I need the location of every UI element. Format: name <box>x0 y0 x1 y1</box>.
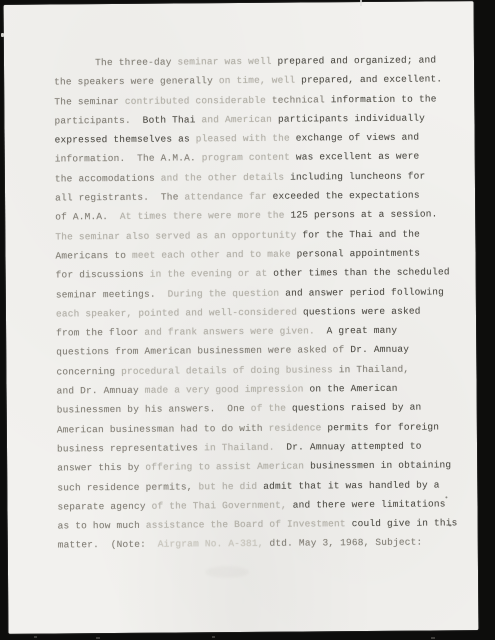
text-segment: other times than the scheduled <box>273 267 450 279</box>
text-segment: on the American <box>309 383 397 395</box>
text-segment: information to the <box>331 93 437 105</box>
text-segment: participants individually <box>278 112 425 124</box>
text-segment: meet each other and to make <box>132 249 297 261</box>
text-segment: including luncheons for <box>290 170 425 182</box>
text-segment: separate agency <box>57 501 151 513</box>
text-line: for discussions in the evening or at oth… <box>56 263 456 285</box>
text-segment: matter. (Note: <box>58 539 158 551</box>
text-segment: on time, well <box>219 75 301 87</box>
text-segment: and answer period following <box>285 286 444 298</box>
text-segment: procedural details of doing business <box>121 364 339 377</box>
text-segment: each speaker, pointed and well-considere… <box>56 306 303 319</box>
text-segment: The seminar also served as an opportunit… <box>55 229 302 242</box>
text-segment: made a very good impression <box>145 384 310 396</box>
text-segment: of A.M.A. <box>55 211 120 223</box>
text-segment: questions were asked <box>303 305 421 317</box>
text-segment: such residence permits, <box>57 481 198 493</box>
text-segment: the accomodations <box>55 172 161 184</box>
text-segment: Dr. Amnuay <box>350 344 409 355</box>
text-segment: from the floor <box>56 327 144 339</box>
text-segment: Dr. Amnuay attempted to <box>286 441 421 453</box>
text-segment: prepared and organized; and <box>277 54 436 66</box>
text-segment: in the evening or at <box>150 268 274 280</box>
text-segment: questions from American businessmen were… <box>56 345 350 358</box>
scan-speck <box>34 636 37 638</box>
text-line: answer this by offering to assist Americ… <box>57 456 457 478</box>
scan-speck <box>445 496 447 498</box>
text-segment: seminar was well <box>177 56 277 68</box>
text-segment: admit that it was handled by a <box>263 479 440 491</box>
text-line: the speakers were generally on time, wel… <box>54 70 454 92</box>
text-segment: residence <box>269 422 328 433</box>
text-line: of A.M.A. At times there were more the 1… <box>55 205 455 227</box>
text-segment: The seminar <box>54 95 125 107</box>
text-segment: exchange of views and <box>296 132 420 144</box>
text-segment: permits for foreign <box>327 421 439 433</box>
text-segment: questions raised by an <box>292 402 421 414</box>
text-segment: assistance the Board of Investment <box>146 518 352 531</box>
text-segment: business representatives <box>57 442 204 454</box>
text-segment: exceeded the expectations <box>273 190 420 202</box>
text-segment: technical <box>272 94 331 105</box>
text-segment: was excellent as were <box>290 151 419 163</box>
text-segment: seminar meetings. <box>56 288 168 300</box>
text-segment: attendance far <box>184 191 272 203</box>
text-segment: dtd. May 3, 1968, Subject: <box>269 537 422 549</box>
text-segment: A great many <box>327 325 398 337</box>
text-segment: as to how much <box>58 520 146 532</box>
scanned-document-photo: The three-day seminar was well prepared … <box>0 0 495 640</box>
text-segment: Both Thai <box>143 114 202 125</box>
text-segment: could give in this <box>352 517 458 529</box>
text-segment: concerning <box>56 366 121 378</box>
scan-speck <box>449 524 452 526</box>
document-text: The three-day seminar was well prepared … <box>54 50 458 555</box>
text-segment: in Thailand. <box>204 442 286 454</box>
text-segment: American businessman had to do with <box>57 422 269 435</box>
text-segment: prepared, and excellent. <box>301 74 442 86</box>
scan-edge-tick <box>360 0 362 6</box>
scan-speck <box>212 636 215 638</box>
text-segment: At times there were more the <box>120 210 291 222</box>
text-segment: and frank answers were given. <box>144 325 326 337</box>
text-segment: all registrants. The <box>55 192 184 204</box>
text-segment: information. The A.M.A. <box>55 153 202 165</box>
text-segment: for discussions <box>56 269 150 281</box>
text-segment: and there were limitations <box>293 498 446 510</box>
text-segment: 125 persons at a session. <box>290 209 437 221</box>
text-segment: The three-day <box>54 56 178 68</box>
text-line: businessmen by his answers. One of the q… <box>57 398 457 420</box>
paper-sheet: The three-day seminar was well prepared … <box>4 1 479 634</box>
text-segment: the speakers were generally <box>54 75 219 87</box>
text-segment: offering to assist American <box>145 461 310 473</box>
text-segment: personal appointments <box>297 248 421 260</box>
text-segment: but he did <box>198 480 263 492</box>
text-segment: businessmen by his answers. One <box>57 403 251 416</box>
text-segment: in Thailand, <box>339 363 410 375</box>
scan-speck <box>96 637 100 639</box>
text-segment: for the Thai and the <box>302 228 420 240</box>
text-segment: program content <box>202 152 290 164</box>
text-segment: answer this by <box>57 462 145 474</box>
text-segment: businessmen in obtaining <box>310 460 451 472</box>
faint-smudge-artifact <box>205 566 249 578</box>
scan-speck <box>431 637 435 639</box>
text-segment: expressed themselves as <box>55 134 196 146</box>
scan-speck <box>1 33 4 37</box>
text-segment: and Dr. Amnuay <box>57 385 145 397</box>
text-segment: Americans to <box>55 250 132 262</box>
text-segment: Airgram No. A-381, <box>158 538 270 550</box>
text-segment: pleased with the <box>196 133 296 145</box>
text-segment: of the Thai Government, <box>152 499 293 511</box>
text-segment: and the other details <box>161 171 290 183</box>
text-segment: and American <box>201 114 278 126</box>
text-segment: of the <box>251 403 292 414</box>
text-segment: participants. <box>54 115 142 127</box>
text-segment: contributed considerable <box>125 94 272 106</box>
text-segment: During the question <box>168 287 286 299</box>
text-line: matter. (Note: Airgram No. A-381, dtd. M… <box>58 533 458 555</box>
